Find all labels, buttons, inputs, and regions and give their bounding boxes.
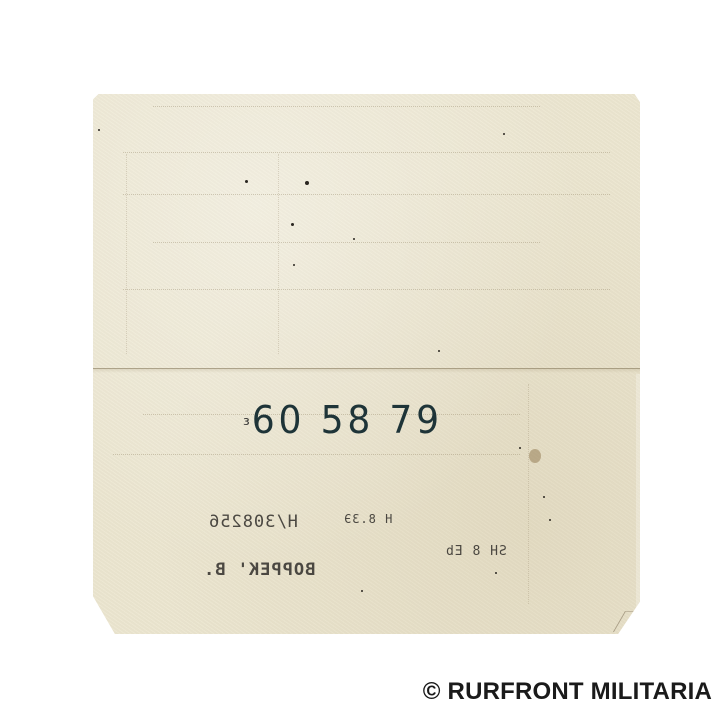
stamp-line-3: SH 8 Eb (445, 544, 507, 559)
ruled-line (123, 289, 610, 290)
stamp-line-2: BOPPEK' B. (203, 560, 315, 580)
ink-speck (495, 572, 497, 574)
ink-speck (543, 496, 545, 498)
ink-speck (293, 264, 295, 266)
ink-speck (503, 133, 505, 135)
photo-stage: ₃60 58 79 H/308256 BOPPEK' B. SH 8 Eb H … (0, 0, 720, 720)
fold-shadow (93, 369, 640, 373)
ruled-line (113, 454, 520, 455)
ink-speck (353, 238, 355, 240)
ink-speck (361, 590, 363, 592)
stamp-line-4: H 8.ЗЭ (343, 512, 392, 526)
ruled-line (123, 194, 610, 195)
ruled-line (123, 152, 610, 153)
ruled-line (153, 242, 540, 243)
serial-digits: 60 58 79 (252, 398, 443, 442)
edge-strip (636, 374, 640, 614)
ruled-line (153, 106, 540, 107)
ink-speck (291, 223, 294, 226)
corner-crease (613, 611, 644, 632)
ink-speck (549, 519, 551, 521)
handwritten-serial-number: ₃60 58 79 (243, 398, 443, 442)
ruled-vline (126, 154, 127, 354)
paper-card: ₃60 58 79 H/308256 BOPPEK' B. SH 8 Eb H … (93, 94, 640, 634)
brown-stain (529, 449, 541, 463)
ruled-vline (278, 154, 279, 354)
ink-speck (438, 350, 440, 352)
stamp-line-1: H/308256 (208, 512, 298, 532)
ink-speck (305, 181, 309, 185)
serial-prefix: ₃ (243, 409, 250, 430)
ruled-vline (528, 384, 529, 604)
ink-speck (98, 129, 100, 131)
copyright-watermark: © RURFRONT MILITARIA (423, 678, 712, 706)
ink-speck (519, 447, 521, 449)
ink-speck (245, 180, 248, 183)
